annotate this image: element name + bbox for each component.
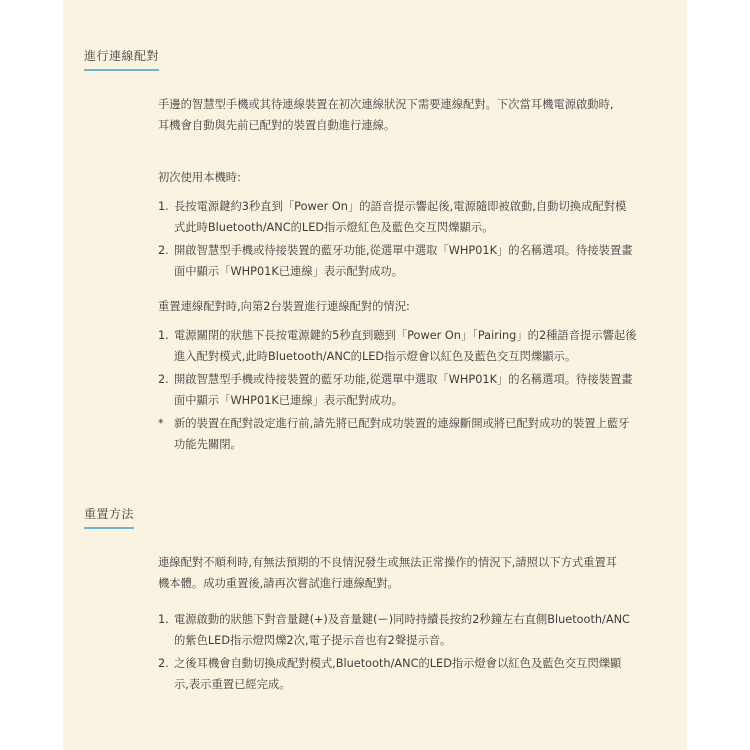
list-item: 1. 長按電源鍵約3秒直到「Power On」的語音提示響起後,電源隨即被啟動,… [158,196,668,238]
group-label: 重置連線配對時,向第2台裝置進行連線配對的情況: [158,296,668,317]
second-device-label: 重置連線配對時,向第2台裝置進行連線配對的情況: [158,296,668,317]
list-item-text: 新的裝置在配對設定進行前,請先將已配對成功裝置的連線斷開或將已配對成功的裝置上藍… [170,413,668,455]
list-line: 面中顯示「WHP01K已連線」表示配對成功。 [174,390,668,411]
list-item: 2. 開啟智慧型手機或待接裝置的藍牙功能,從選單中選取「WHP01K」的名稱選項… [158,240,668,282]
group-label: 初次使用本機時: [158,167,668,188]
list-item-text: 開啟智慧型手機或待接裝置的藍牙功能,從選單中選取「WHP01K」的名稱選項。待接… [170,240,668,282]
first-use-step-1: 1. 長按電源鍵約3秒直到「Power On」的語音提示響起後,電源隨即被啟動,… [158,196,668,238]
second-device-step-1: 1. 電源關閉的狀態下長按電源鍵約5秒直到聽到「Power On」「Pairin… [158,325,668,367]
list-line: 之後耳機會自動切換成配對模式,Bluetooth/ANC的LED指示燈會以紅色及… [174,653,668,674]
list-item: 2. 開啟智慧型手機或待接裝置的藍牙功能,從選單中選取「WHP01K」的名稱選項… [158,369,668,411]
section-heading-reset: 重置方法 [84,506,134,529]
list-item: 2. 之後耳機會自動切換成配對模式,Bluetooth/ANC的LED指示燈會以… [158,653,668,695]
list-marker: 1. [158,196,169,217]
intro-line: 機本體。成功重置後,請再次嘗試進行連線配對。 [158,573,668,594]
list-item: 1. 電源啟動的狀態下對音量鍵(+)及音量鍵(ー)同時持續長按約2秒鐘左右直側B… [158,609,668,651]
list-item-text: 電源啟動的狀態下對音量鍵(+)及音量鍵(ー)同時持續長按約2秒鐘左右直側Blue… [170,609,668,651]
pairing-intro: 手邊的智慧型手機或其待連線裝置在初次連線狀況下需要連線配對。下次當耳機電源啟動時… [158,94,668,136]
list-line: 的紫色LED指示燈閃爍2次,電子提示音也有2聲提示音。 [174,630,668,651]
reset-step-1: 1. 電源啟動的狀態下對音量鍵(+)及音量鍵(ー)同時持續長按約2秒鐘左右直側B… [158,609,668,651]
note-item: * 新的裝置在配對設定進行前,請先將已配對成功裝置的連線斷開或將已配對成功的裝置… [158,413,668,455]
list-line: 長按電源鍵約3秒直到「Power On」的語音提示響起後,電源隨即被啟動,自動切… [174,196,668,217]
first-use-step-2: 2. 開啟智慧型手機或待接裝置的藍牙功能,從選單中選取「WHP01K」的名稱選項… [158,240,668,282]
asterisk-marker: * [158,413,164,434]
list-line: 式此時Bluetooth/ANC的LED指示燈紅色及藍色交互閃爍顯示。 [174,217,668,238]
list-line: 電源關閉的狀態下長按電源鍵約5秒直到聽到「Power On」「Pairing」的… [174,325,668,346]
list-line: 新的裝置在配對設定進行前,請先將已配對成功裝置的連線斷開或將已配對成功的裝置上藍… [174,413,668,434]
list-line: 進入配對模式,此時Bluetooth/ANC的LED指示燈會以紅色及藍色交互閃爍… [174,346,668,367]
second-device-note: * 新的裝置在配對設定進行前,請先將已配對成功裝置的連線斷開或將已配對成功的裝置… [158,413,668,455]
second-device-step-2: 2. 開啟智慧型手機或待接裝置的藍牙功能,從選單中選取「WHP01K」的名稱選項… [158,369,668,411]
list-item-text: 之後耳機會自動切換成配對模式,Bluetooth/ANC的LED指示燈會以紅色及… [170,653,668,695]
list-item-text: 開啟智慧型手機或待接裝置的藍牙功能,從選單中選取「WHP01K」的名稱選項。待接… [170,369,668,411]
list-line: 面中顯示「WHP01K已連線」表示配對成功。 [174,261,668,282]
list-item-text: 電源關閉的狀態下長按電源鍵約5秒直到聽到「Power On」「Pairing」的… [170,325,668,367]
list-marker: 2. [158,653,169,674]
list-marker: 1. [158,325,169,346]
list-marker: 2. [158,240,169,261]
list-line: 電源啟動的狀態下對音量鍵(+)及音量鍵(ー)同時持續長按約2秒鐘左右直側Blue… [174,609,668,630]
first-use-label: 初次使用本機時: [158,167,668,188]
list-line: 開啟智慧型手機或待接裝置的藍牙功能,從選單中選取「WHP01K」的名稱選項。待接… [174,240,668,261]
list-line: 開啟智慧型手機或待接裝置的藍牙功能,從選單中選取「WHP01K」的名稱選項。待接… [174,369,668,390]
list-line: 示,表示重置已經完成。 [174,674,668,695]
list-marker: 1. [158,609,169,630]
list-marker: 2. [158,369,169,390]
intro-line: 耳機會自動與先前已配對的裝置自動進行連線。 [158,115,668,136]
reset-intro: 連線配對不順利時,有無法預期的不良情況發生或無法正常操作的情況下,請照以下方式重… [158,552,668,594]
reset-step-2: 2. 之後耳機會自動切換成配對模式,Bluetooth/ANC的LED指示燈會以… [158,653,668,695]
intro-line: 連線配對不順利時,有無法預期的不良情況發生或無法正常操作的情況下,請照以下方式重… [158,552,668,573]
list-item-text: 長按電源鍵約3秒直到「Power On」的語音提示響起後,電源隨即被啟動,自動切… [170,196,668,238]
list-item: 1. 電源關閉的狀態下長按電源鍵約5秒直到聽到「Power On」「Pairin… [158,325,668,367]
intro-line: 手邊的智慧型手機或其待連線裝置在初次連線狀況下需要連線配對。下次當耳機電源啟動時… [158,94,668,115]
section-heading-pairing: 進行連線配對 [84,48,159,71]
list-line: 功能先關閉。 [174,434,668,455]
